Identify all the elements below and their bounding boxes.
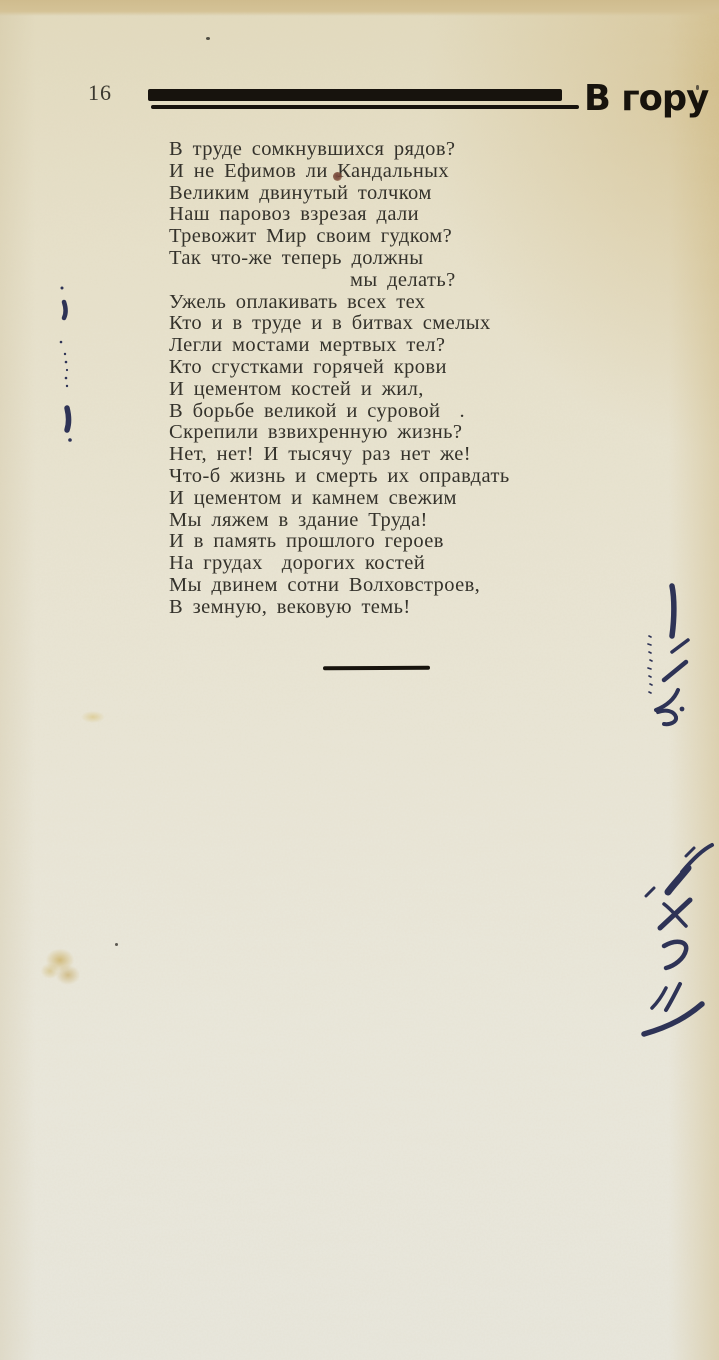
- poem-line: В земную, вековую темь!: [169, 597, 629, 619]
- poem-line: Ужель оплакивать всех тех: [169, 292, 629, 314]
- poem-line: мы делать?: [169, 270, 629, 292]
- handwriting-marks-lower: [636, 838, 719, 1038]
- poem-line: Нет, нет! И тысячу раз нет же!: [169, 444, 629, 466]
- running-title: В гору: [584, 78, 708, 119]
- poem-line: Великим двинутый толчком: [169, 183, 629, 205]
- poem-line: На грудах дорогих костей: [169, 553, 629, 575]
- page-number: 16: [88, 80, 112, 106]
- poem-line: И цементом и камнем свежим: [169, 488, 629, 510]
- ink-speck: [696, 85, 699, 90]
- paper-stain-small: [74, 706, 114, 730]
- poem-line: И не Ефимов ли Кандальных: [169, 161, 629, 183]
- ink-speck: [206, 37, 210, 40]
- poem-line: Легли мостами мертвых тел?: [169, 335, 629, 357]
- poem-line: Кто и в труде и в битвах смелых: [169, 313, 629, 335]
- page-top-edge-shadow: [0, 0, 719, 16]
- header-rule-thick: [148, 89, 562, 101]
- poem-line: Мы ляжем в здание Труда!: [169, 510, 629, 532]
- scanned-page: 16 В гору В труде сомкнувшихся рядов?И н…: [0, 0, 719, 1360]
- poem-line: Скрепили взвихренную жизнь?: [169, 422, 629, 444]
- poem-line: И цементом костей и жил,: [169, 379, 629, 401]
- poem-line: Что-б жизнь и смерть их оправдать: [169, 466, 629, 488]
- poem-line: В труде сомкнувшихся рядов?: [169, 139, 629, 161]
- ink-specks-left-edge: [52, 280, 86, 455]
- ink-blot: [333, 172, 342, 181]
- poem-line: Тревожит Мир своим гудком?: [169, 226, 629, 248]
- poem-line: Кто сгустками горячей крови: [169, 357, 629, 379]
- poem-line: В борьбе великой и суровой .: [169, 401, 629, 423]
- poem-line: И в память прошлого героев: [169, 531, 629, 553]
- section-divider: [323, 666, 430, 670]
- paper-stain-large: [28, 938, 102, 1012]
- poem: В труде сомкнувшихся рядов?И не Ефимов л…: [169, 139, 629, 619]
- handwriting-marks-upper: [638, 578, 719, 738]
- poem-line: Наш паровоз взрезая дали: [169, 204, 629, 226]
- ink-speck: [115, 943, 118, 946]
- header-rule-thin: [151, 105, 579, 109]
- poem-line: Так что-же теперь должны: [169, 248, 629, 270]
- poem-line: Мы двинем сотни Волховстроев,: [169, 575, 629, 597]
